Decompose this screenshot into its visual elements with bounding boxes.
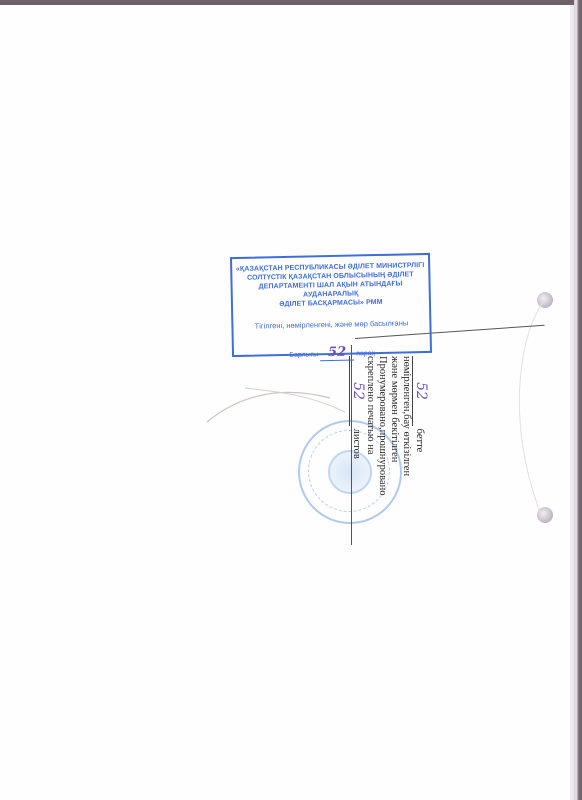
cert-ru-count-handwritten: 52 bbox=[350, 382, 366, 400]
cert-kz-count-row: 52 бетте bbox=[412, 356, 427, 516]
cert-ru-unit: листов bbox=[351, 429, 362, 459]
cert-kz-text-2: және мөрмен бекітілген bbox=[388, 356, 400, 516]
stamp-organization: «ҚАЗАҚСТАН РЕСПУБЛИКАСЫ ӘДІЛЕТ МИНИСТРЛІ… bbox=[232, 261, 429, 310]
cert-count-handwritten: 52 bbox=[413, 382, 429, 400]
scanned-page: «ҚАЗАҚСТАН РЕСПУБЛИКАСЫ ӘДІЛЕТ МИНИСТРЛІ… bbox=[0, 0, 582, 800]
cert-ru-text-2: скреплено печатью на bbox=[364, 356, 376, 516]
cert-ru-count-row: 52 листов bbox=[349, 356, 364, 516]
cert-ru-text-1: Пронумеровано,прошнуровано bbox=[376, 356, 388, 516]
cert-kz-text-1: нөмірленген,бау өткізілген bbox=[400, 356, 412, 516]
stamp-sealed-text: Тігілгені, нөмірленгені, және мөр басылғ… bbox=[233, 318, 429, 331]
stamp-total-label: Барлығы bbox=[289, 351, 318, 359]
cert-kz-unit: бетте bbox=[414, 429, 425, 453]
binding-thread bbox=[0, 0, 582, 800]
certification-block: 52 бетте нөмірленген,бау өткізілген және… bbox=[337, 356, 427, 516]
registration-stamp: «ҚАЗАҚСТАН РЕСПУБЛИКАСЫ ӘДІЛЕТ МИНИСТРЛІ… bbox=[230, 253, 432, 357]
